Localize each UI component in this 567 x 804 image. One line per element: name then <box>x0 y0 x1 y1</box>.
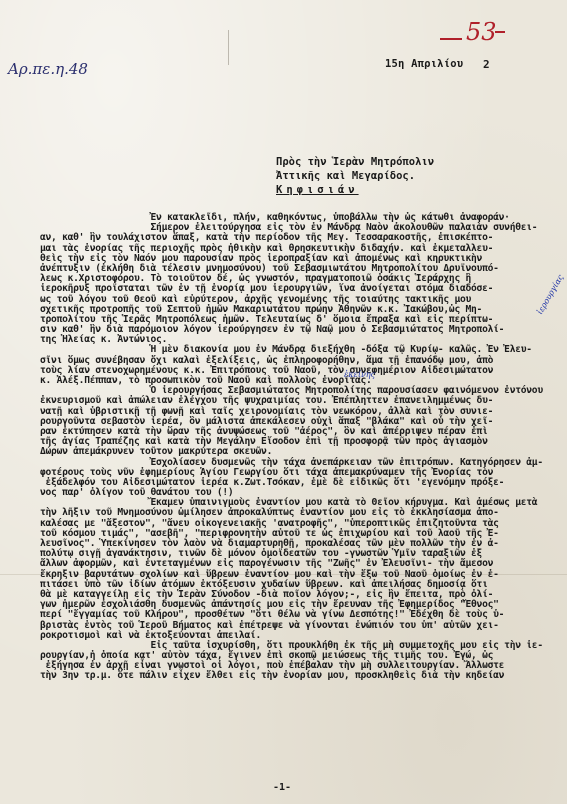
page-footer: -1- <box>273 782 291 793</box>
body-line: περί "ἔγγαμίας τοῦ Κλήρου", προσθέτων "ὅ… <box>40 610 560 620</box>
body-line: ἱεροκῆρυξ προΐσταται τῶν ἐν τῇ ἐνορίᾳ μο… <box>40 284 560 294</box>
page-number-underline <box>440 38 462 40</box>
addressee-line-1: Πρὸς τὴν Ἱερὰν Μητρόπολιν <box>276 155 434 169</box>
addressee-location: Κηφισιάν <box>276 183 434 197</box>
archive-reference-handwritten: Αρ.πε.η.48 <box>8 60 88 78</box>
letter-body: Ἐν κατακλεῖδι, πλήν, καθηκόντως, ὑποβάλλ… <box>40 213 560 682</box>
sheet-number: 2 <box>483 58 490 71</box>
handwritten-correction: ἐκείνης <box>344 370 375 379</box>
paper-crease <box>228 30 229 65</box>
body-line: Δώρων ἀπεμάκρυνεν τοῦτον μακρύτερα σκευῶ… <box>40 447 560 457</box>
page-number-handwritten: 53 <box>466 18 497 46</box>
addressee-line-2: Ἀττικῆς καὶ Μεγαρίδος. <box>276 169 434 183</box>
addressee-block: Πρὸς τὴν Ἱερὰν Μητρόπολιν Ἀττικῆς καὶ Με… <box>276 155 434 197</box>
scanned-letter-page: Αρ.πε.η.48 53 15η Απριλίου 2 Πρὸς τὴν Ἱε… <box>0 0 567 804</box>
letter-date: 15η Απριλίου <box>385 58 463 70</box>
body-line: τὴν 3ην τρ.μ. ὅτε πάλιν εἶχεν ἔλθει εἰς … <box>40 671 560 681</box>
page-number-dash <box>495 31 505 33</box>
